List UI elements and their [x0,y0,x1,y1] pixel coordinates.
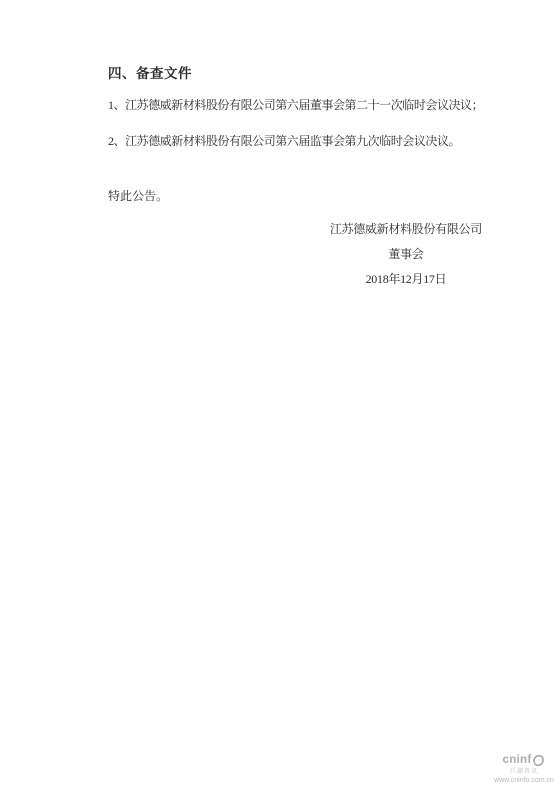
closing-statement: 特此公告。 [108,184,482,209]
signature-date: 2018年12月17日 [330,267,482,292]
document-body: 四、备查文件 1、江苏德威新材料股份有限公司第六届董事会第二十一次临时会议决议；… [108,66,482,292]
swirl-icon [532,754,545,767]
cninfo-logo-text: cninf [503,755,532,767]
cninfo-watermark-subtitle: 巨潮资讯 [492,769,556,775]
reference-document-item-1: 1、江苏德威新材料股份有限公司第六届董事会第二十一次临时会议决议； [108,93,482,118]
section-heading: 四、备查文件 [108,66,482,82]
reference-document-item-2: 2、江苏德威新材料股份有限公司第六届监事会第九次临时会议决议。 [108,129,482,154]
signature-company-name: 江苏德威新材料股份有限公司 [330,217,482,242]
cninfo-watermark-url: www.cninfo.com.cn [492,777,556,784]
document-page: 四、备查文件 1、江苏德威新材料股份有限公司第六届董事会第二十一次临时会议决议；… [0,0,560,791]
cninfo-watermark: cninf 巨潮资讯 www.cninfo.com.cn [492,754,556,784]
signature-block: 江苏德威新材料股份有限公司 董事会 2018年12月17日 [108,217,482,292]
signature-signer: 董事会 [330,242,482,267]
